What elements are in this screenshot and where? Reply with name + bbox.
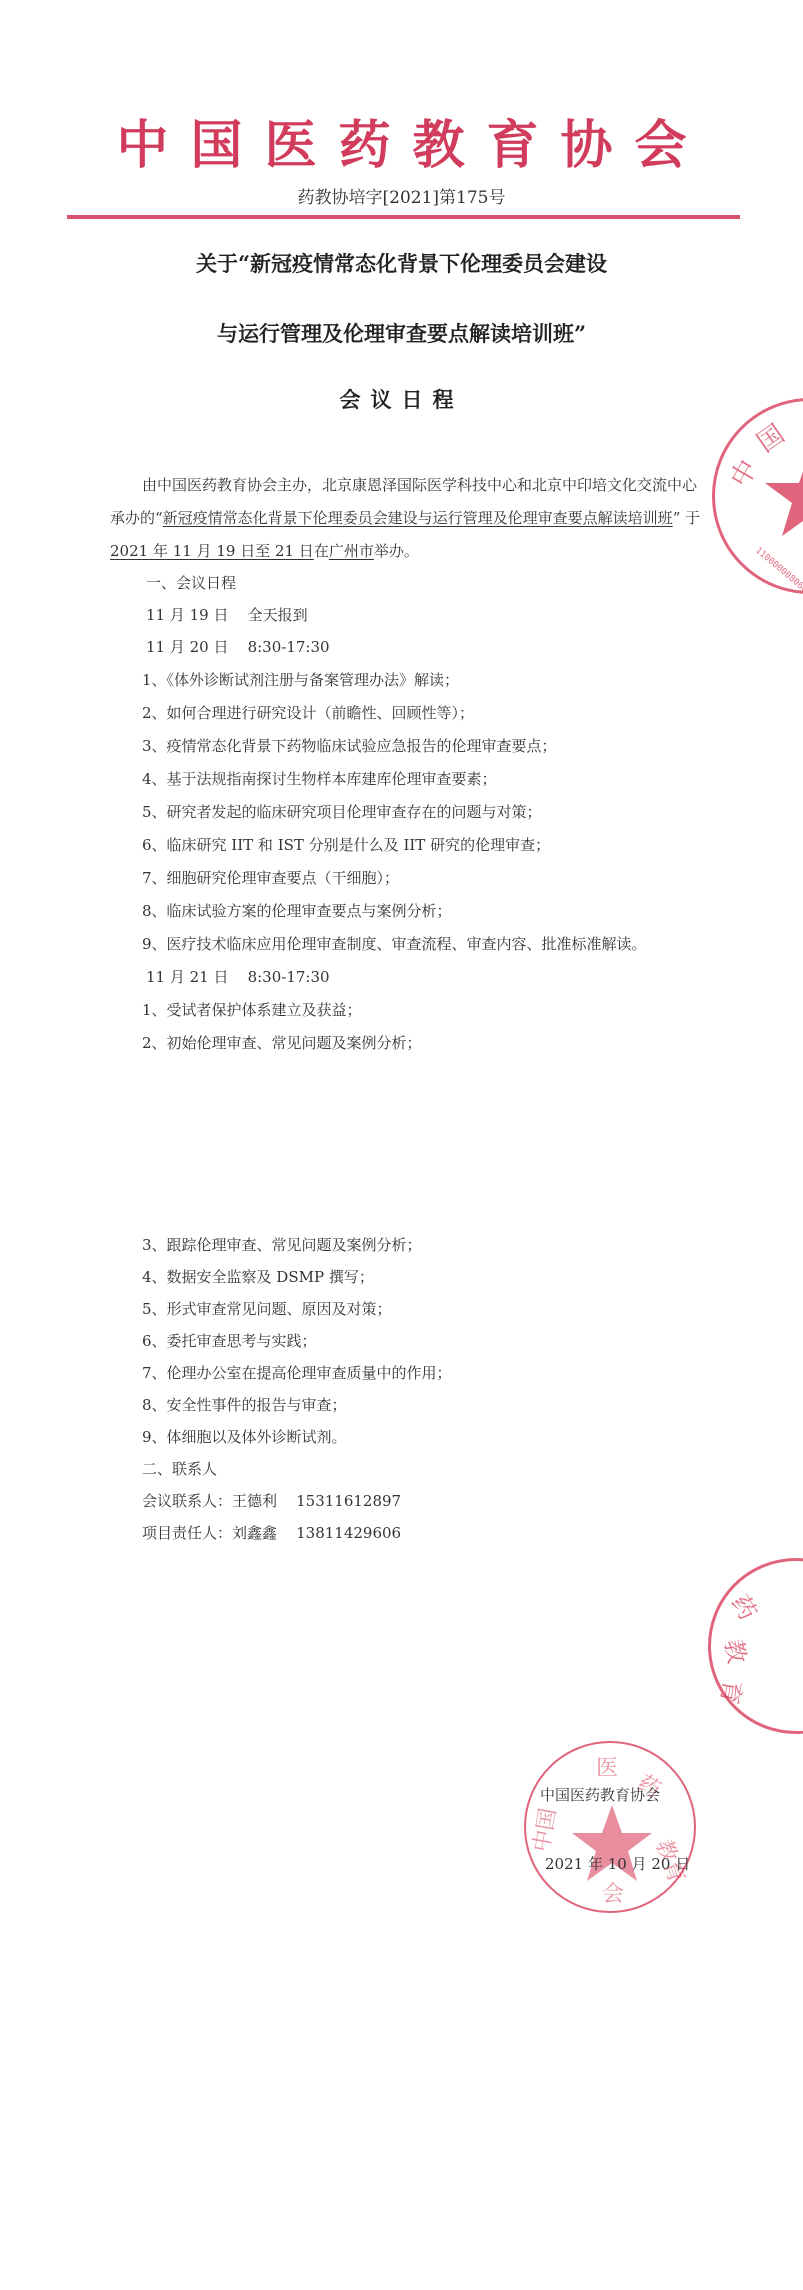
day2-date: 11 月 20 日 xyxy=(146,638,228,656)
agenda-item: 4、基于法规指南探讨生物样本库建库伦理审查要素； xyxy=(142,768,497,789)
section-heading-contacts: 二、联系人 xyxy=(142,1458,217,1479)
signature-date: 2021 年 10 月 20 日 xyxy=(545,1853,690,1874)
svg-text:药: 药 xyxy=(726,1590,762,1625)
contact-role: 项目责任人： xyxy=(142,1524,232,1542)
svg-text:教: 教 xyxy=(719,1637,751,1665)
agenda-item: 8、安全性事件的报告与审查； xyxy=(142,1394,347,1415)
agenda-item: 2、如何合理进行研究设计（前瞻性、回顾性等）； xyxy=(142,702,474,723)
day1-row: 11 月 19 日 全天报到 xyxy=(146,604,308,625)
day1-desc: 全天报到 xyxy=(248,606,308,624)
day2-row: 11 月 20 日 8:30-17:30 xyxy=(146,636,330,657)
agenda-item: 9、医疗技术临床应用伦理审查制度、审查流程、审查内容、批准标准解读。 xyxy=(142,933,647,954)
agenda-item: 5、研究者发起的临床研究项目伦理审查存在的问题与对策； xyxy=(142,801,542,822)
organization-letterhead: 中国医药教育协会 xyxy=(0,103,803,178)
day3-time: 8:30-17:30 xyxy=(248,968,330,986)
contact-role: 会议联系人： xyxy=(142,1492,232,1510)
star-icon: 中 国 医 1100000080662 xyxy=(715,401,803,591)
agenda-item: 3、跟踪伦理审查、常见问题及案例分析； xyxy=(142,1234,422,1255)
document-title-line2: 与运行管理及伦理审查要点解读培训班” xyxy=(0,318,803,348)
intro-suffix: 举办。 xyxy=(374,542,419,560)
seal-text-icon: 药 教 育 xyxy=(711,1561,803,1731)
svg-text:会: 会 xyxy=(602,1882,624,1907)
document-title-line1: 关于“新冠疫情常态化背景下伦理委员会建设 xyxy=(0,248,803,278)
agenda-item: 4、数据安全监察及 DSMP 撰写； xyxy=(142,1266,374,1287)
document-number: 药教协培字[2021]第175号 xyxy=(0,183,803,208)
letterhead-divider xyxy=(67,215,740,219)
contact-phone: 13811429606 xyxy=(296,1524,401,1542)
course-name: 新冠疫情常态化背景下伦理委员会建设与运行管理及伦理审查要点解读培训班 xyxy=(163,509,673,527)
document-subtitle: 会议日程 xyxy=(0,384,803,414)
svg-text:中: 中 xyxy=(725,455,764,493)
agenda-item: 2、初始伦理审查、常见问题及案例分析； xyxy=(142,1032,422,1053)
day2-time: 8:30-17:30 xyxy=(248,638,330,656)
svg-text:育: 育 xyxy=(715,1678,747,1706)
section-heading-schedule: 一、会议日程 xyxy=(146,572,236,593)
agenda-item: 5、形式审查常见问题、原因及对策； xyxy=(142,1298,392,1319)
contact-phone: 15311612897 xyxy=(296,1492,401,1510)
intro-paragraph: 由中国医药教育协会主办，北京康恩泽国际医学科技中心和北京中印培文化交流中心承办的… xyxy=(110,469,706,568)
day1-date: 11 月 19 日 xyxy=(146,606,228,624)
agenda-item: 8、临床试验方案的伦理审查要点与案例分析； xyxy=(142,900,452,921)
official-seal-stamp: 药 教 育 xyxy=(708,1558,803,1734)
agenda-item: 1、受试者保护体系建立及获益； xyxy=(142,999,362,1020)
agenda-item: 7、细胞研究伦理审查要点（干细胞）； xyxy=(142,867,399,888)
official-seal-stamp: 中 国 医 1100000080662 xyxy=(712,398,803,594)
contact-name: 刘鑫鑫 xyxy=(232,1524,277,1542)
agenda-item: 9、体细胞以及体外诊断试剂。 xyxy=(142,1426,347,1447)
agenda-item: 1、《体外诊断试剂注册与备案管理办法》解读； xyxy=(142,669,459,690)
svg-text:中国: 中国 xyxy=(529,1806,561,1854)
contact-row: 会议联系人：王德利 15311612897 xyxy=(142,1490,401,1511)
contact-name: 王德利 xyxy=(232,1492,277,1510)
intro-at: 在 xyxy=(314,542,329,560)
agenda-item: 6、委托审查思考与实践； xyxy=(142,1330,317,1351)
star-icon: 中国 医 药 教育 会 xyxy=(526,1743,694,1911)
day3-row: 11 月 21 日 8:30-17:30 xyxy=(146,966,330,987)
day3-date: 11 月 21 日 xyxy=(146,968,228,986)
svg-text:1100000080662: 1100000080662 xyxy=(753,546,803,591)
contact-row: 项目责任人：刘鑫鑫 13811429606 xyxy=(142,1522,401,1543)
agenda-item: 6、临床研究 IIT 和 IST 分别是什么及 IIT 研究的伦理审查； xyxy=(142,834,550,855)
agenda-item: 3、疫情常态化背景下药物临床试验应急报告的伦理审查要点； xyxy=(142,735,557,756)
svg-text:国: 国 xyxy=(752,419,791,458)
signature-organization: 中国医药教育协会 xyxy=(540,1784,660,1805)
event-city: 广州市 xyxy=(329,542,374,560)
signature-seal-stamp: 中国 医 药 教育 会 xyxy=(524,1741,696,1913)
event-dates: 2021 年 11 月 19 日至 21 日 xyxy=(110,542,314,560)
agenda-item: 7、伦理办公室在提高伦理审查质量中的作用； xyxy=(142,1362,452,1383)
svg-text:医: 医 xyxy=(596,1756,618,1781)
intro-middle: ” 于 xyxy=(673,509,700,527)
